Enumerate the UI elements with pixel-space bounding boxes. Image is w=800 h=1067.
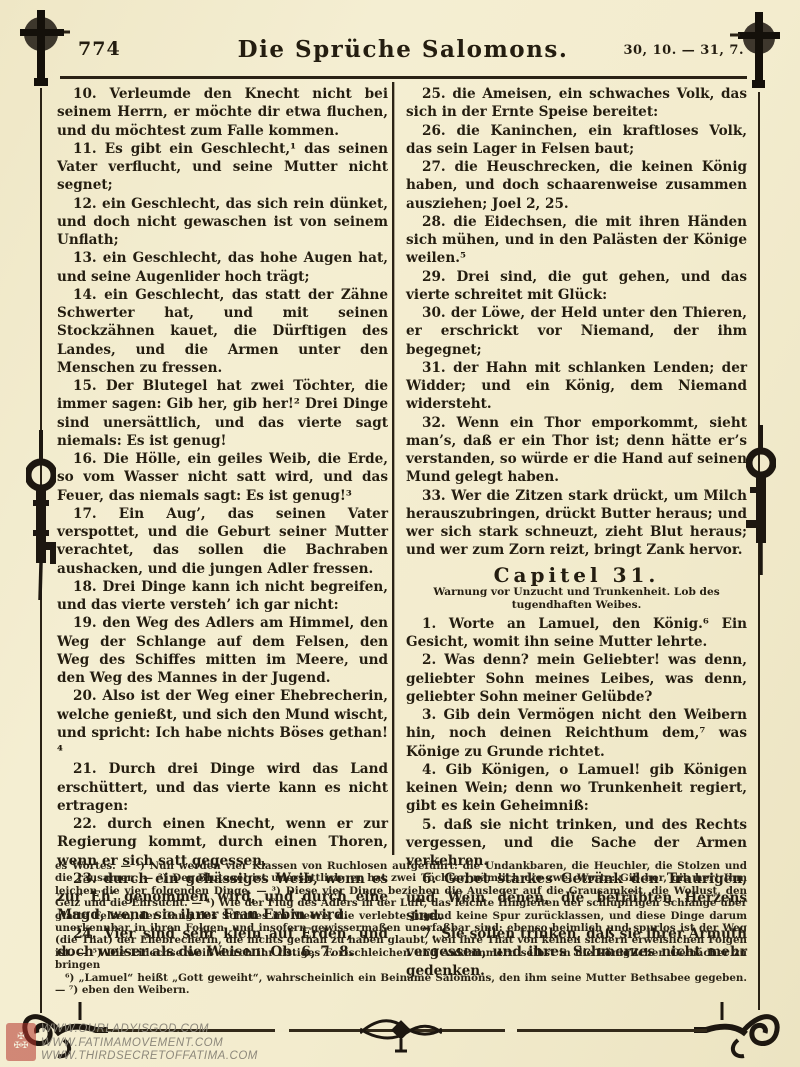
verse: 3. Gib dein Vermögen nicht den Weibern h… — [406, 706, 747, 761]
verse: 28. die Eidechsen, die mit ihren Händen … — [406, 213, 747, 268]
left-text-column: 10. Verleumde den Knecht nicht bei seine… — [57, 85, 388, 961]
chapter-subtitle: Warnung vor Unzucht und Trunkenheit. Lob… — [406, 586, 747, 612]
header-rule — [60, 76, 747, 79]
column-divider-rule — [392, 82, 394, 855]
key-ornament-icon — [746, 425, 776, 579]
watermark-url: WWW.FATIMAMOVEMENT.COM — [41, 1037, 258, 1051]
verse: 18. Drei Dinge kann ich nicht begreifen,… — [57, 578, 388, 615]
footnote-paragraph: es Wortes. — ¹) Nun werden vier Klassen … — [55, 860, 747, 972]
watermark-url: WWW.THIRDSECRETOFFATIMA.COM — [41, 1050, 258, 1064]
watermark: ✠✠✠ WWW.OURLADYISGOD.COMWWW.FATIMAMOVEME… — [6, 1023, 258, 1064]
verse: 13. ein Geschlecht, das hohe Augen hat, … — [57, 249, 388, 286]
key-ornament-icon — [26, 430, 56, 604]
center-ornament-icon — [360, 1005, 442, 1061]
verse: 11. Es gibt ein Geschlecht,¹ das seinen … — [57, 140, 388, 195]
verse: 16. Die Hölle, ein geiles Weib, die Erde… — [57, 450, 388, 505]
verse: 14. ein Geschlecht, das statt der Zähne … — [57, 286, 388, 377]
footnotes-block: es Wortes. — ¹) Nun werden vier Klassen … — [55, 860, 747, 996]
chapter-heading: Capitel 31. — [406, 566, 747, 584]
verse: 30. der Löwe, der Held unter den Thieren… — [406, 304, 747, 359]
right-text-column: 25. die Ameisen, ein schwaches Volk, das… — [406, 85, 747, 980]
scanned-bible-page: 774 Die Sprüche Salomons. 30, 10. — 31, … — [0, 0, 800, 1067]
verse: 19. den Weg des Adlers am Himmel, den We… — [57, 614, 388, 687]
verse: 2. Was denn? mein Geliebter! was denn, g… — [406, 651, 747, 706]
footnote-paragraph: ⁶) „Lamuel“ heißt „Gott geweiht“, wahrsc… — [55, 972, 747, 997]
verse: 29. Drei sind, die gut gehen, und das vi… — [406, 268, 747, 305]
verse: 21. Durch drei Dinge wird das Land ersch… — [57, 760, 388, 815]
verse: 1. Worte an Lamuel, den König.⁶ Ein Gesi… — [406, 615, 747, 652]
verse-range: 30, 10. — 31, 7. — [623, 43, 744, 58]
verse: 20. Also ist der Weg einer Ehebrecherin,… — [57, 687, 388, 760]
verses-chapter-30: 25. die Ameisen, ein schwaches Volk, das… — [406, 85, 747, 560]
verse: 27. die Heuschrecken, die keinen König h… — [406, 158, 747, 213]
scroll-flourish-icon — [694, 1000, 784, 1066]
verse: 33. Wer die Zitzen stark drückt, um Milc… — [406, 487, 747, 560]
verse: 17. Ein Aug’, das seinen Vater verspotte… — [57, 505, 388, 578]
verse: 12. ein Geschlecht, das sich rein dünket… — [57, 195, 388, 250]
watermark-urls: WWW.OURLADYISGOD.COMWWW.FATIMAMOVEMENT.C… — [41, 1023, 258, 1064]
verse: 15. Der Blutegel hat zwei Töchter, die i… — [57, 377, 388, 450]
verse: 31. der Hahn mit schlanken Lenden; der W… — [406, 359, 747, 414]
watermark-url: WWW.OURLADYISGOD.COM — [41, 1023, 258, 1037]
crest-logo-icon: ✠✠✠ — [6, 1023, 36, 1061]
verse: 32. Wenn ein Thor emporkommt, sieht man’… — [406, 414, 747, 487]
page-header: 774 Die Sprüche Salomons. 30, 10. — 31, … — [60, 36, 746, 70]
verse: 26. die Kaninchen, ein kraftloses Volk, … — [406, 122, 747, 159]
verse: 10. Verleumde den Knecht nicht bei seine… — [57, 85, 388, 140]
verse: 25. die Ameisen, ein schwaches Volk, das… — [406, 85, 747, 122]
verse: 4. Gib Königen, o Lamuel! gib Königen ke… — [406, 761, 747, 816]
